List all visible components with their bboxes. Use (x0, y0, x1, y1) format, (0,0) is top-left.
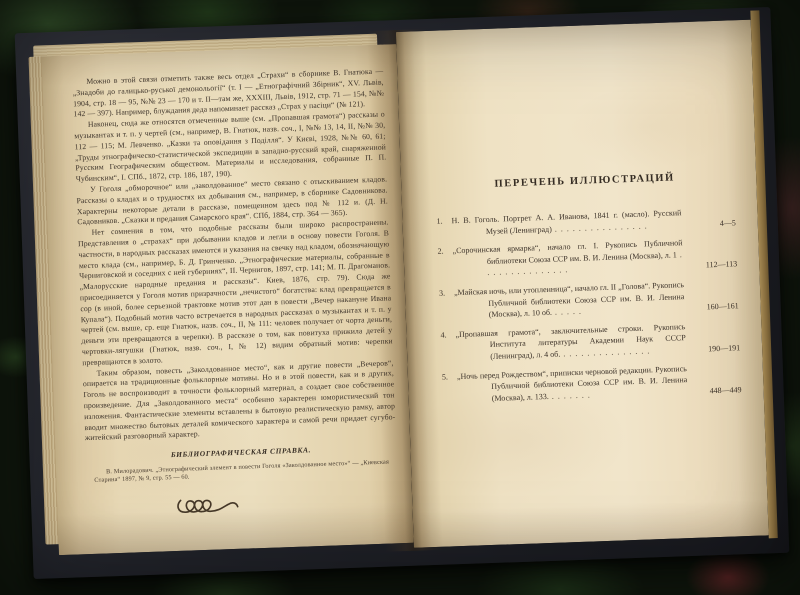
entry-pages: 448—449 (687, 384, 741, 397)
dot-leader: . . . . . (552, 307, 582, 317)
illustration-entry: 4. „Пропавшая грамота“, заключительные с… (440, 319, 740, 364)
photo-scene: Можно в этой связи отметить также весь о… (0, 0, 800, 595)
dot-leader: . . . . . . . . . . . . . . . . (552, 221, 648, 233)
entry-pages: 112—113 (683, 259, 737, 272)
knot-flourish-icon (174, 492, 241, 520)
entry-number: 3. (439, 287, 455, 322)
entry-text: Н. В. Гоголь. Портрет А. А. Иванова, 184… (451, 207, 682, 238)
left-page-text: Можно в этой связи отметить также весь о… (42, 44, 414, 555)
entry-text: „Сорочинская ярмарка“, начало гл. I. Рук… (452, 237, 683, 280)
illustration-entry: 3. „Майская ночь, или утопленница“, нача… (439, 277, 739, 322)
illustrations-list: 1. Н. В. Гоголь. Портрет А. А. Иванова, … (436, 205, 741, 406)
paragraph: Таким образом, повесть „Заколдованное ме… (82, 358, 395, 444)
open-book: Можно в этой связи отметить также весь о… (15, 7, 790, 579)
entry-pages: 4—5 (682, 217, 736, 230)
left-page: Можно в этой связи отметить также весь о… (42, 44, 414, 555)
entry-pages: 190—191 (686, 342, 740, 355)
illustration-entry: 2. „Сорочинская ярмарка“, начало гл. I. … (437, 235, 737, 280)
entry-text: „Пропавшая грамота“, заключительные стро… (455, 321, 686, 364)
right-page-text: ПЕРЕЧЕНЬ ИЛЛЮСТРАЦИЙ 1. Н. В. Гоголь. По… (396, 20, 769, 548)
entry-number: 2. (437, 245, 453, 280)
illustrations-list-title: ПЕРЕЧЕНЬ ИЛЛЮСТРАЦИЙ (435, 170, 734, 191)
page-spread: Можно в этой связи отметить также весь о… (41, 18, 769, 563)
right-page: ПЕРЕЧЕНЬ ИЛЛЮСТРАЦИЙ 1. Н. В. Гоголь. По… (396, 20, 769, 548)
knot-flourish-ornament (87, 486, 399, 527)
entry-text: „Майская ночь, или утопленница“, начало … (454, 279, 685, 322)
dot-leader: . . . . . . . . . . . . . . . (560, 346, 650, 358)
entry-pages: 160—161 (684, 300, 738, 313)
dot-leader: . . . . . . . (549, 390, 591, 400)
paragraph: Нет сомнения в том, что подобные рассказ… (78, 218, 394, 369)
entry-text: „Ночь перед Рождеством“, приписки чернов… (457, 363, 688, 406)
entry-number: 5. (442, 371, 458, 406)
entry-number: 4. (440, 329, 456, 364)
illustration-entry: 5. „Ночь перед Рождеством“, приписки чер… (442, 361, 742, 406)
paragraph: Наконец, сюда же относятся отмеченные вы… (74, 110, 387, 186)
illustration-entry: 1. Н. В. Гоголь. Портрет А. А. Иванова, … (436, 205, 736, 239)
entry-number: 1. (436, 215, 452, 239)
